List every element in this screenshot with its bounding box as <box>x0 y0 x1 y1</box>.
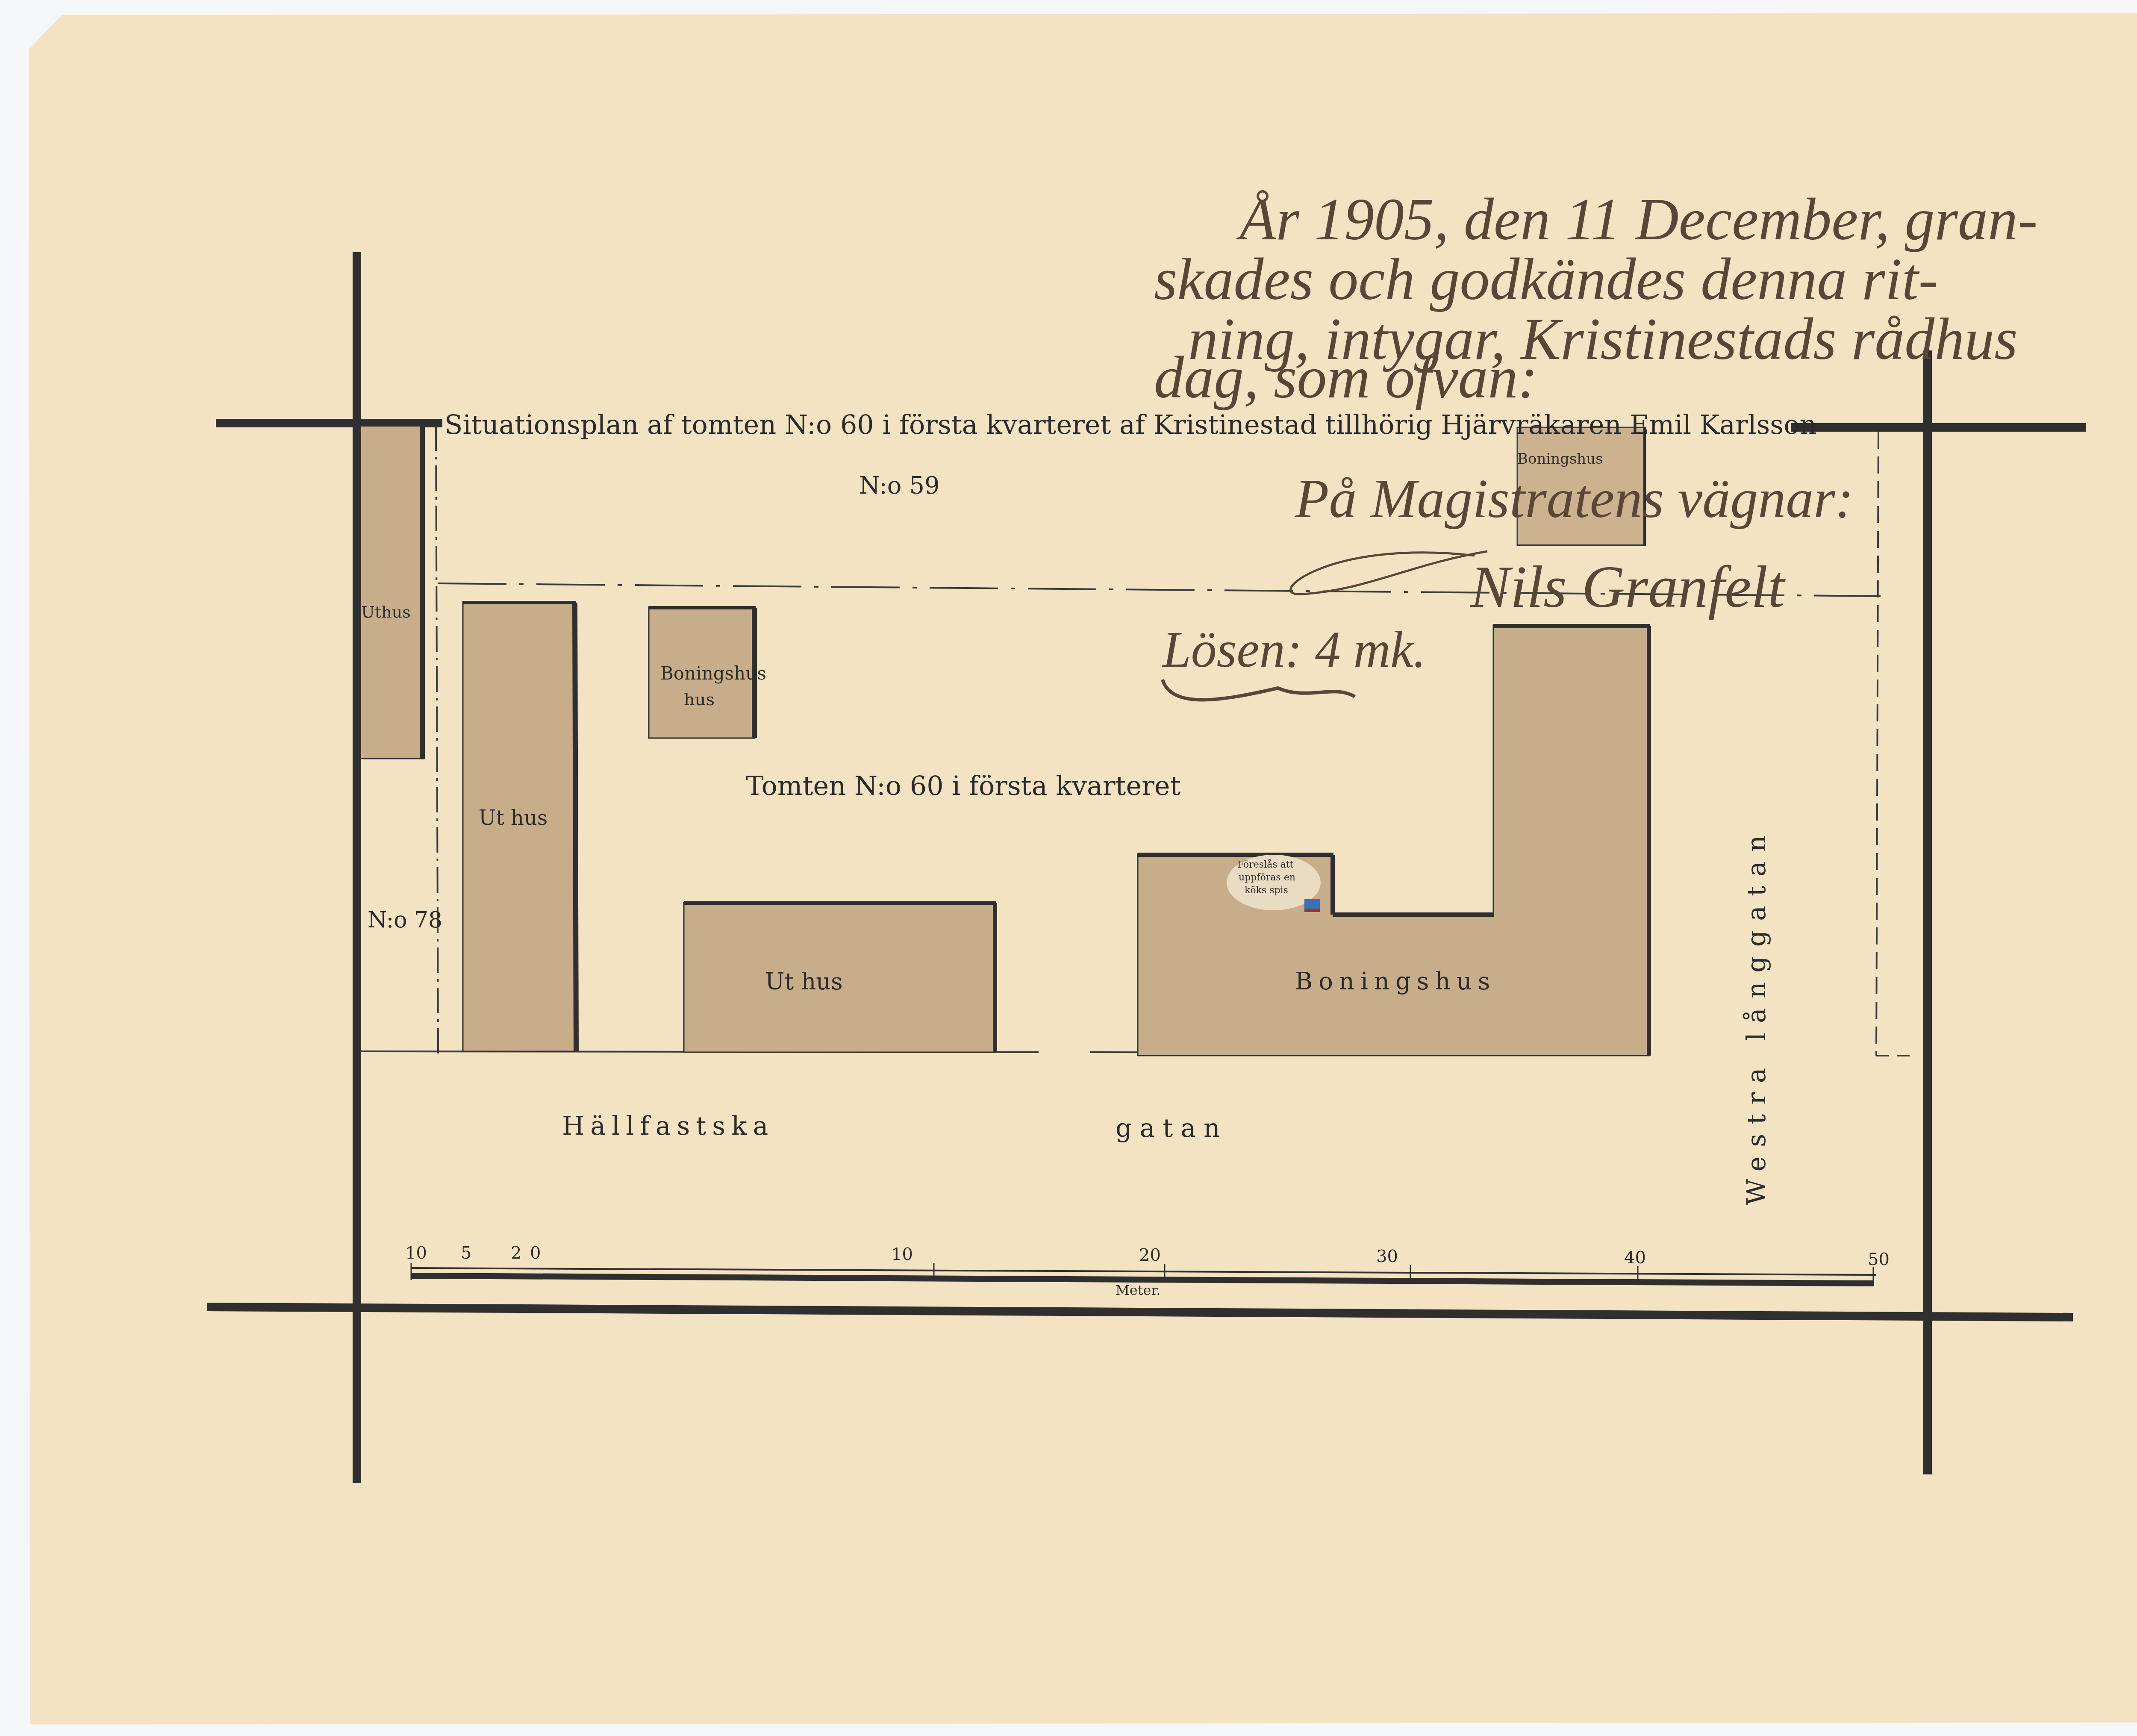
stove-marker-icon <box>1304 899 1320 909</box>
svg-text:5: 5 <box>461 1243 471 1263</box>
label-boningshus-small-2: hus <box>684 690 715 709</box>
svg-text:0: 0 <box>530 1243 541 1263</box>
label-uthus-south: Ut hus <box>765 968 843 995</box>
label-proposal-3: köks spis <box>1245 885 1288 896</box>
svg-text:10: 10 <box>891 1245 913 1264</box>
scanned-document: 10 5 2 0 10 20 30 40 50 Meter. Situation… <box>0 0 2137 1736</box>
svg-text:År 1905, den 11 December, gran: År 1905, den 11 December, gran- <box>1236 186 2038 253</box>
svg-text:50: 50 <box>1868 1250 1890 1269</box>
label-neighbor-north: N:o 59 <box>859 472 940 500</box>
label-boningshus-small: Boningshus <box>660 663 766 684</box>
label-plot: Tomten N:o 60 i första kvarteret <box>746 770 1180 801</box>
label-boningshus-main: Boningshus <box>1295 968 1496 995</box>
svg-text:Meter.: Meter. <box>1116 1282 1160 1298</box>
building-uthus-west <box>361 427 425 759</box>
authority-line: På Magistratens vägnar: <box>1295 468 1854 530</box>
svg-text:skades och godkändes denna rit: skades och godkändes denna rit- <box>1154 246 1938 312</box>
label-uthus-tall: Ut hus <box>479 806 547 830</box>
label-proposal-2: uppföras en <box>1239 872 1295 883</box>
label-street-east: Westra långgatan <box>1742 826 1772 1205</box>
svg-text:dag, som ofvan:: dag, som ofvan: <box>1154 344 1538 411</box>
label-street-south-2: gatan <box>1116 1113 1228 1143</box>
plan-title: Situationsplan af tomten N:o 60 i första… <box>444 409 1816 440</box>
fee-line: Lösen: 4 mk. <box>1162 621 1426 678</box>
label-proposal-1: Föreslås att <box>1237 859 1294 870</box>
label-neighbor-west: N:o 78 <box>368 907 442 933</box>
svg-text:10: 10 <box>405 1243 427 1263</box>
label-street-south-1: Hällfastska <box>562 1111 774 1141</box>
svg-text:40: 40 <box>1624 1248 1646 1268</box>
svg-text:2: 2 <box>511 1243 521 1263</box>
label-uthus-west: Uthus <box>361 603 411 621</box>
label-boningshus-north: Boningshus <box>1517 450 1603 468</box>
svg-text:20: 20 <box>1139 1245 1161 1265</box>
svg-text:30: 30 <box>1376 1247 1398 1266</box>
signature: Nils Granfelt <box>1469 554 1786 620</box>
